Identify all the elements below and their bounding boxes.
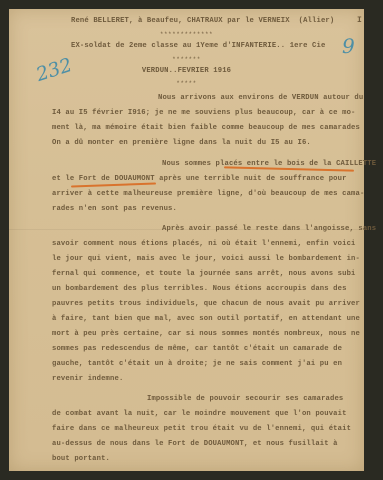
separator: ************* [9, 31, 364, 38]
text-line: mort à peu près certaine, car si nous so… [52, 330, 360, 338]
text-line: pauvres petits trous individuels, que ch… [52, 300, 360, 308]
text-line: bout portant. [52, 455, 110, 463]
text-line: rades n'en sont pas revenus. [52, 205, 177, 213]
text-line: revenir indemne. [52, 375, 123, 383]
text-line: ment là, ma mémoire était bien faible co… [52, 124, 360, 132]
text-line: I4 au I5 février I916; je ne me souviens… [52, 109, 356, 117]
text-line: Nous arrivons aux environs de VERDUN aut… [158, 94, 363, 102]
page-number: I [357, 16, 362, 25]
text-line: faire dans ce malheureux petit trou étai… [52, 425, 351, 433]
text-line: de combat avant la nuit, car le moindre … [52, 410, 347, 418]
text-line: Après avoir passé le reste dans l'angois… [162, 225, 376, 233]
orange-underline [71, 183, 156, 187]
text-line: Impossible de pouvoir secourir ses camar… [147, 395, 343, 403]
separator: ***** [9, 80, 364, 87]
text-line: sommes pas redescendus de même, car tant… [52, 345, 342, 353]
text-line: savoir comment nous étions placés, ni où… [52, 240, 356, 248]
service-line: EX-soldat de 2eme classe au 1Yeme d'INFA… [71, 42, 325, 50]
text-line: On a dû monter en première ligne dans la… [52, 139, 311, 147]
text-line: gauche, tantôt c'était un à droite; je n… [52, 360, 342, 368]
text-line: au-dessus de nous dans le Fort de DOUAUM… [52, 440, 338, 448]
text-line: et le Fort de DOUAUMONT après une terrib… [52, 175, 347, 183]
text-line: le jour qui vient, mais avec le jour, vo… [52, 255, 360, 263]
author-line: René BELLERET, à Beaufeu, CHATRAUX par l… [71, 17, 334, 25]
text-line: un bombardement des plus terribles. Nous… [52, 285, 347, 293]
typewritten-page: René BELLERET, à Beaufeu, CHATRAUX par l… [9, 9, 364, 471]
text-line: fernal qui commence, et toute la journée… [52, 270, 356, 278]
handwritten-page-mark: 9 [342, 34, 355, 58]
text-line: à faire, tant bien que mal, avec son out… [52, 315, 360, 323]
text-line: arriver à cette malheureuse première lig… [52, 190, 364, 198]
